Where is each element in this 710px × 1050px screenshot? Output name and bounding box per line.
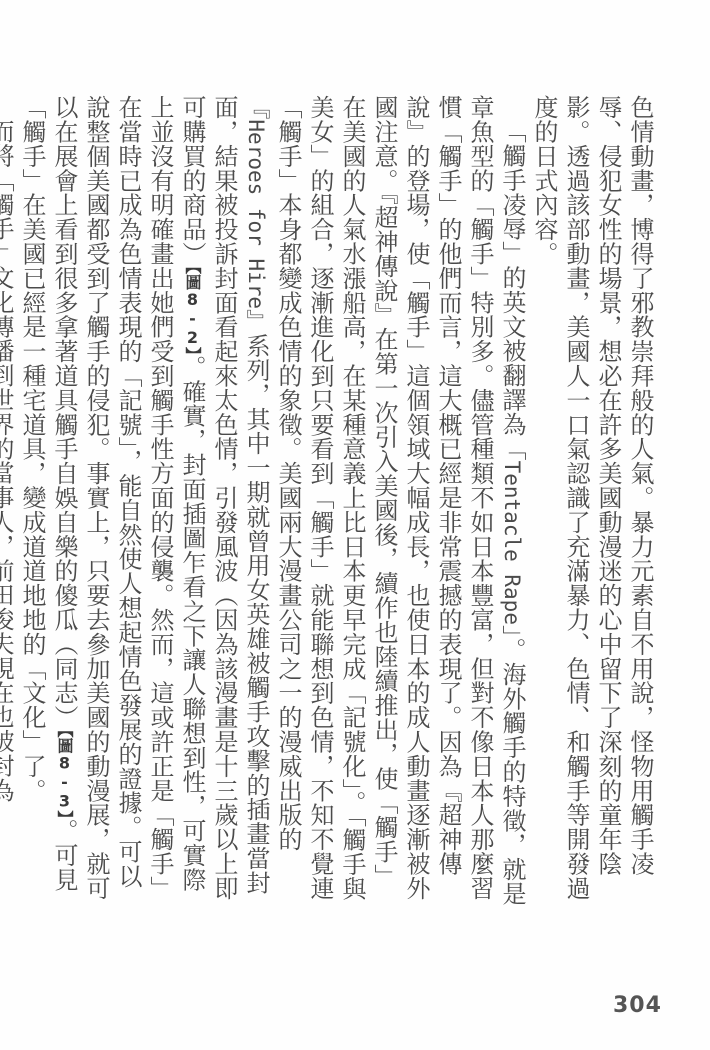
figure-reference-8-3: 【圖8-3】	[55, 729, 74, 818]
book-page: 色情動畫，博得了邪教崇拜般的人氣。暴力元素自不用說，怪物用觸手凌辱、侵犯女性的場…	[0, 0, 710, 1050]
paragraph-2-text-a: 「觸手凌辱」的英文被翻譯為「	[498, 119, 526, 461]
english-title-heroes-for-hire: Heroes for Hire	[244, 119, 268, 309]
figure-reference-8-2: 【圖8-2】	[183, 266, 202, 355]
paragraph-3-text-a: 而將「觸手」文化傳播到世界的當事人，前田俊夫現在也被封為「	[0, 95, 14, 802]
paragraph-2-text-c: 」。海外觸手的特徵，就是章魚型的「觸手」特別多。儘管種類不如日本豐富，但對不像日…	[242, 95, 526, 906]
page-number: 304	[613, 993, 662, 1018]
paragraph-3: 而將「觸手」文化傳播到世界的當事人，前田俊夫現在也被封為「Tentacle Ma…	[0, 95, 16, 907]
paragraph-1-text: 色情動畫，博得了邪教崇拜般的人氣。暴力元素自不用說，怪物用觸手凌辱、侵犯女性的場…	[530, 95, 654, 900]
paragraph-2: 「觸手凌辱」的英文被翻譯為「Tentacle Rape」。海外觸手的特徵，就是章…	[16, 95, 528, 907]
english-term-tentacle-rape: Tentacle Rape	[500, 461, 524, 625]
body-text: 色情動畫，博得了邪教崇拜般的人氣。暴力元素自不用說，怪物用觸手凌辱、侵犯女性的場…	[0, 95, 656, 907]
paragraph-1: 色情動畫，博得了邪教崇拜般的人氣。暴力元素自不用說，怪物用觸手凌辱、侵犯女性的場…	[528, 95, 656, 907]
